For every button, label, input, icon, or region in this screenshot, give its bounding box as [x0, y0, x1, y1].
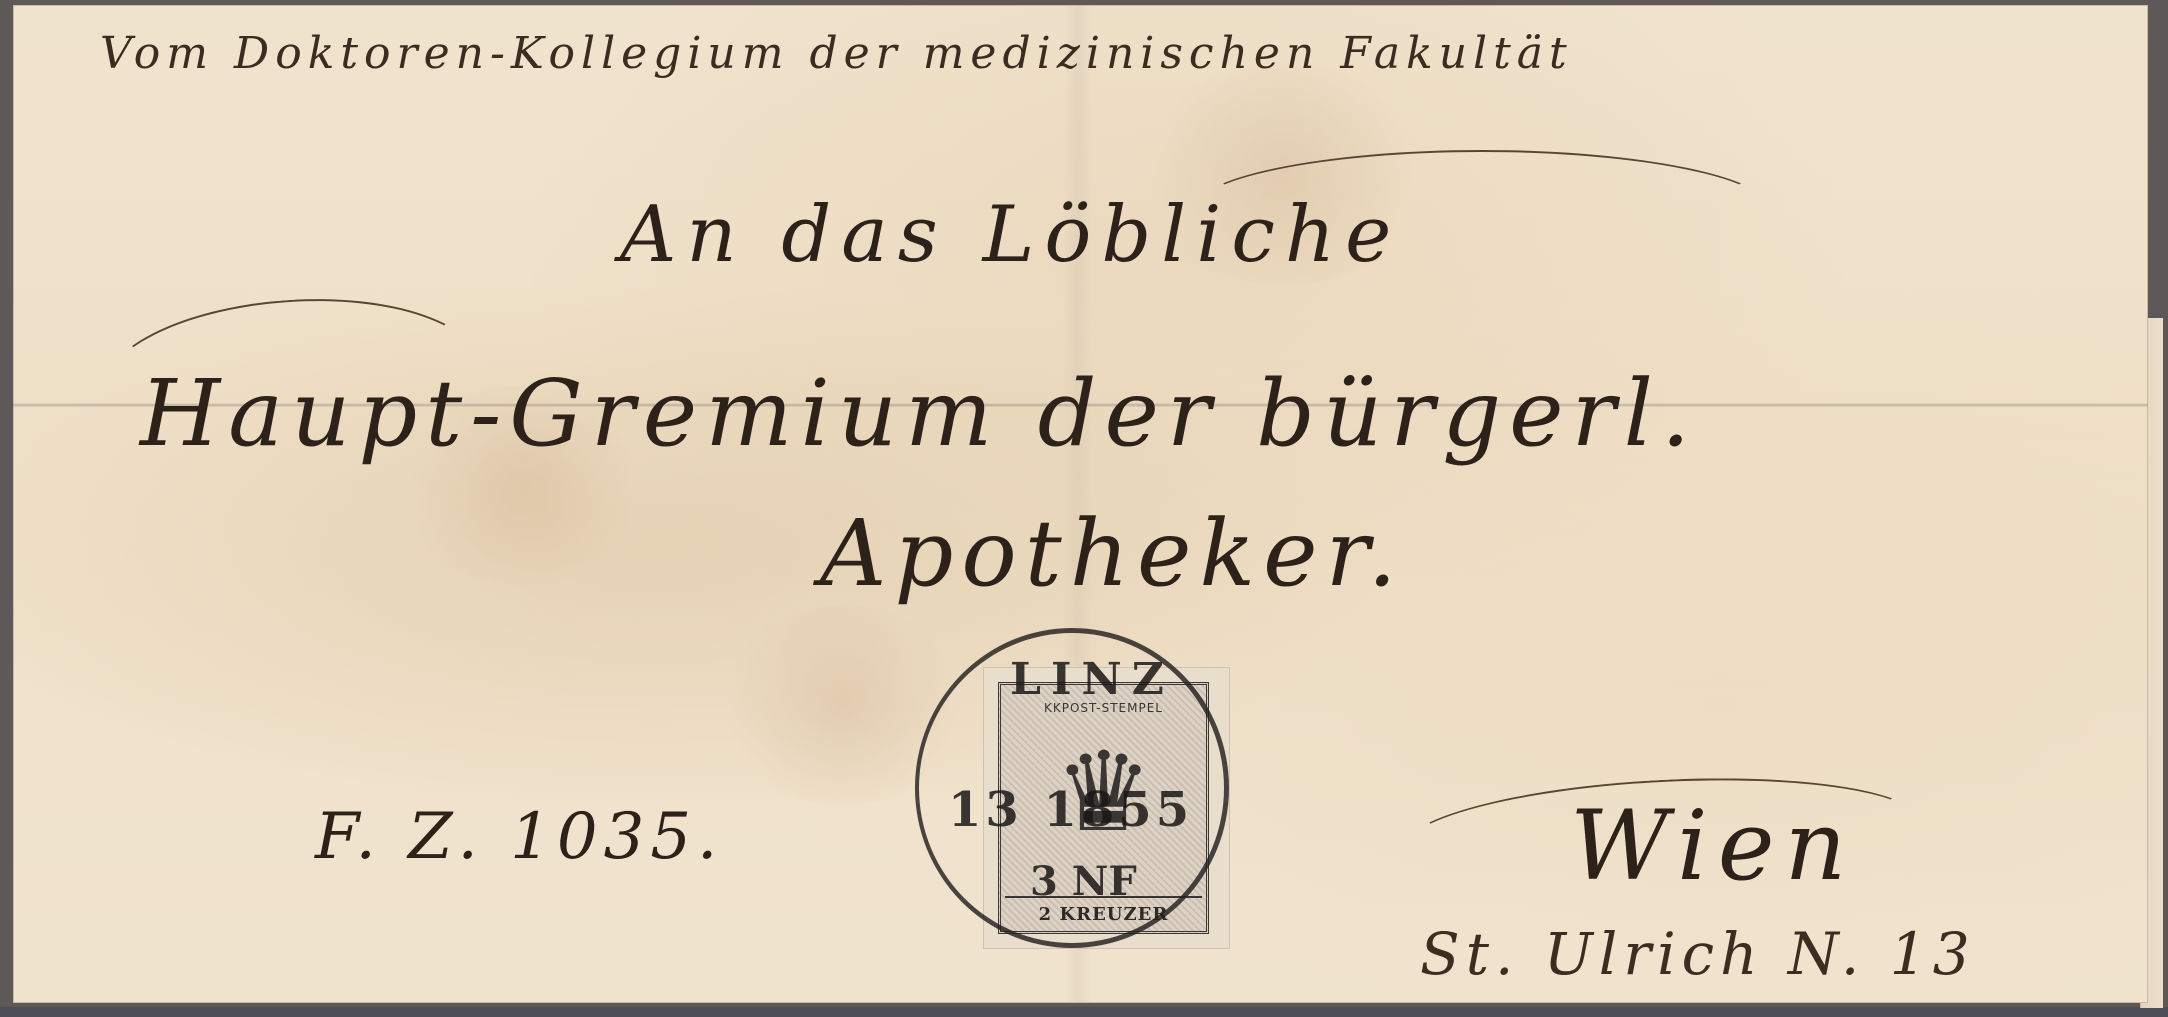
street-address: St. Ulrich N. 13: [1420, 920, 1976, 988]
reference-number: F. Z. 1035.: [315, 800, 723, 874]
postmark-time: 3 NF: [1030, 858, 1137, 905]
sender-line: Vom Doktoren-Kollegium der medizinischen…: [100, 28, 1573, 79]
postmark-date: 13 1855: [948, 782, 1193, 838]
bottom-border: [0, 1007, 2168, 1017]
address-line-3: Apotheker.: [820, 500, 1405, 607]
postmark-town: LINZ: [1010, 654, 1174, 705]
calligraphic-flourish: [1190, 150, 1774, 274]
